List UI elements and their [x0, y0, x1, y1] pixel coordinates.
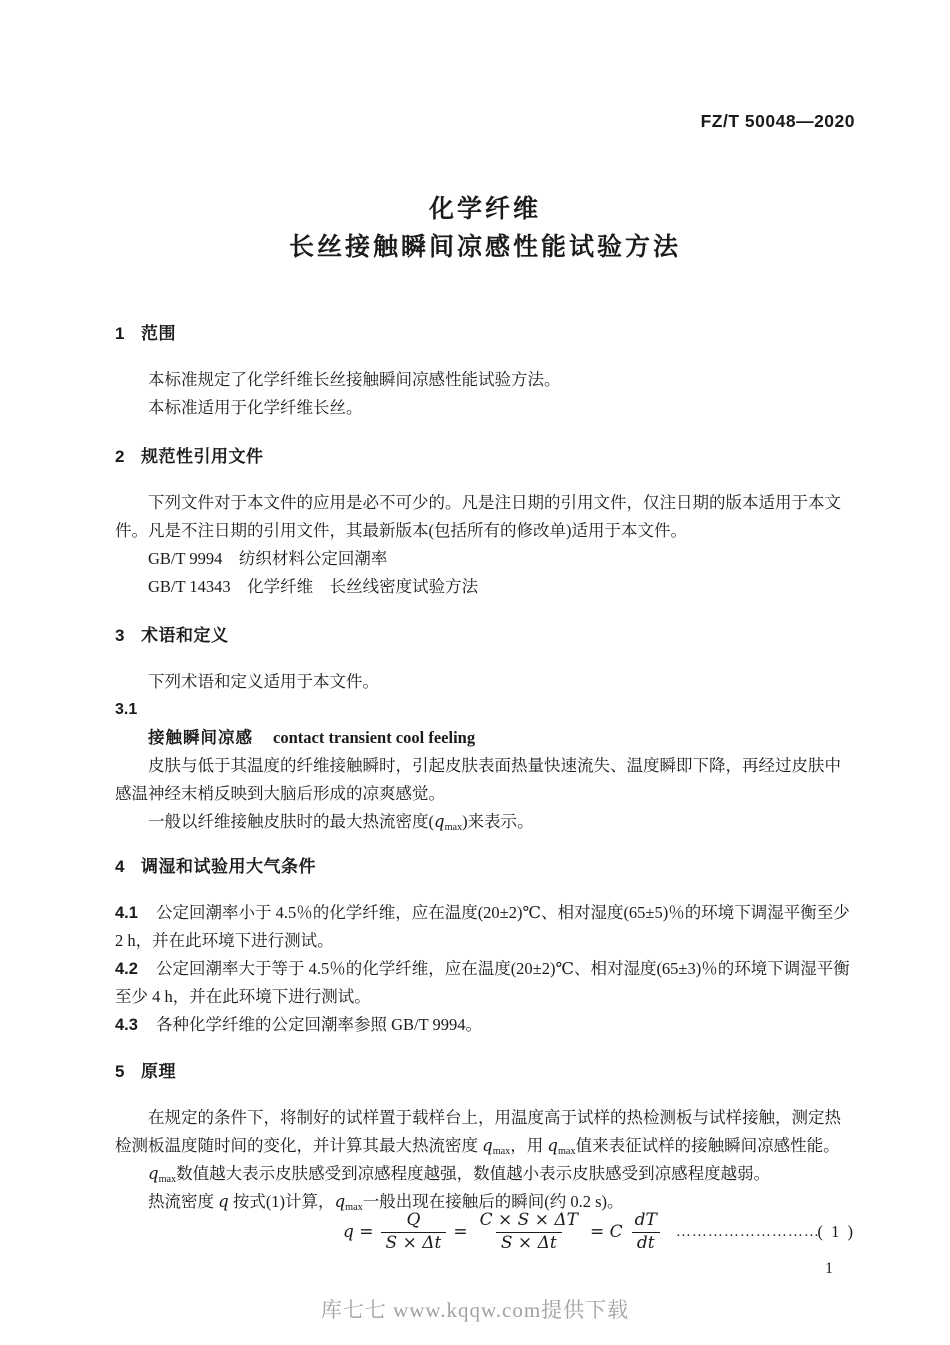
document-page: FZ/T 50048—2020 化学纤维 长丝接触瞬间凉感性能试验方法 1范围 …: [0, 0, 950, 1345]
section-1-paragraph-2: 本标准适用于化学纤维长丝。: [115, 394, 855, 422]
section-4-heading: 4调湿和试验用大气条件: [115, 853, 855, 881]
section-3-number: 3: [115, 622, 125, 650]
formula-fraction-2: C × S × ΔT S × Δt: [475, 1211, 583, 1253]
section-1-heading: 1范围: [115, 320, 855, 348]
formula-equals-c: = C: [590, 1222, 623, 1242]
reference-item: GB/T 14343 化学纤维 长丝线密度试验方法: [115, 573, 855, 601]
formula-lhs: q =: [343, 1222, 374, 1242]
section-3-heading: 3术语和定义: [115, 622, 855, 650]
section-4-number: 4: [115, 853, 125, 881]
clause-4-1: 4.1公定回潮率小于 4.5％的化学纤维，应在温度(20±2)℃、相对湿度(65…: [115, 899, 855, 955]
section-5-heading: 5原理: [115, 1058, 855, 1086]
fraction-denominator: dt: [632, 1232, 660, 1254]
clause-4-1-text: 公定回潮率小于 4.5％的化学纤维，应在温度(20±2)℃、相对湿度(65±5)…: [115, 903, 850, 950]
term-note: 一般以纤维接触皮肤时的最大热流密度(qmax)来表示。: [115, 808, 855, 836]
term-chinese: 接触瞬间凉感: [148, 729, 253, 747]
formula-fraction-1: Q S × Δt: [381, 1211, 447, 1253]
document-title-line1: 化学纤维: [115, 190, 855, 228]
watermark-text: 库七七 www.kqqw.com提供下载: [0, 1294, 950, 1324]
formula-number-label: ( 1 ): [818, 1222, 856, 1242]
standard-code: FZ/T 50048—2020: [115, 106, 855, 136]
clause-4-2: 4.2公定回潮率大于等于 4.5％的化学纤维，应在温度(20±2)℃、相对湿度(…: [115, 955, 855, 1011]
clause-4-3-text: 各种化学纤维的公定回潮率参照 GB/T 9994。: [156, 1015, 482, 1034]
clause-3-1-number: 3.1: [115, 696, 855, 724]
clause-4-3-number: 4.3: [115, 1016, 138, 1034]
fraction-numerator: dT: [630, 1211, 662, 1232]
section-2-number: 2: [115, 443, 125, 471]
section-1-number: 1: [115, 320, 125, 348]
page-number: 1: [115, 1258, 855, 1280]
section-4-title: 调湿和试验用大气条件: [141, 857, 316, 876]
section-2-paragraph-1: 下列文件对于本文件的应用是必不可少的。凡是注日期的引用文件，仅注日期的版本适用于…: [115, 489, 855, 545]
section-5-paragraph-2: qmax数值越大表示皮肤感受到凉感程度越强，数值越小表示皮肤感受到凉感程度越弱。: [115, 1160, 855, 1188]
section-3-title: 术语和定义: [141, 626, 229, 645]
section-1-paragraph-1: 本标准规定了化学纤维长丝接触瞬间凉感性能试验方法。: [115, 366, 855, 394]
clause-4-2-text: 公定回潮率大于等于 4.5％的化学纤维，应在温度(20±2)℃、相对湿度(65±…: [115, 959, 850, 1006]
reference-item: GB/T 9994 纺织材料公定回潮率: [115, 545, 855, 573]
term-definition-line: 接触瞬间凉感contact transient cool feeling: [115, 724, 855, 752]
document-title: 化学纤维 长丝接触瞬间凉感性能试验方法: [115, 190, 855, 266]
term-english: contact transient cool feeling: [273, 728, 475, 747]
fraction-numerator: C × S × ΔT: [475, 1211, 583, 1232]
clause-4-1-number: 4.1: [115, 904, 138, 922]
fraction-denominator: S × Δt: [381, 1232, 447, 1254]
formula-fraction-3: dT dt: [630, 1211, 662, 1253]
formula-equals: =: [453, 1222, 467, 1242]
section-1-title: 范围: [141, 324, 176, 343]
section-2-title: 规范性引用文件: [141, 447, 264, 466]
fraction-denominator: S × Δt: [496, 1232, 562, 1254]
formula-dot-leader: …………………………………………: [676, 1224, 818, 1241]
term-definition-text: 皮肤与低于其温度的纤维接触瞬时，引起皮肤表面热量快速流失、温度瞬即下降，再经过皮…: [115, 752, 855, 808]
section-3-paragraph-1: 下列术语和定义适用于本文件。: [115, 668, 855, 696]
section-5-title: 原理: [141, 1062, 176, 1081]
section-5-paragraph-1: 在规定的条件下，将制好的试样置于载样台上，用温度高于试样的热检测板与试样接触，测…: [115, 1104, 855, 1160]
section-5-number: 5: [115, 1058, 125, 1086]
section-2-heading: 2规范性引用文件: [115, 443, 855, 471]
fraction-numerator: Q: [401, 1211, 425, 1232]
document-title-line2: 长丝接触瞬间凉感性能试验方法: [115, 228, 855, 266]
page-content: FZ/T 50048—2020 化学纤维 长丝接触瞬间凉感性能试验方法 1范围 …: [0, 0, 950, 1280]
formula-expression: q = Q S × Δt = C × S × ΔT S × Δt = C dT …: [343, 1211, 662, 1253]
clause-4-3: 4.3各种化学纤维的公定回潮率参照 GB/T 9994。: [115, 1011, 855, 1039]
clause-4-2-number: 4.2: [115, 960, 138, 978]
